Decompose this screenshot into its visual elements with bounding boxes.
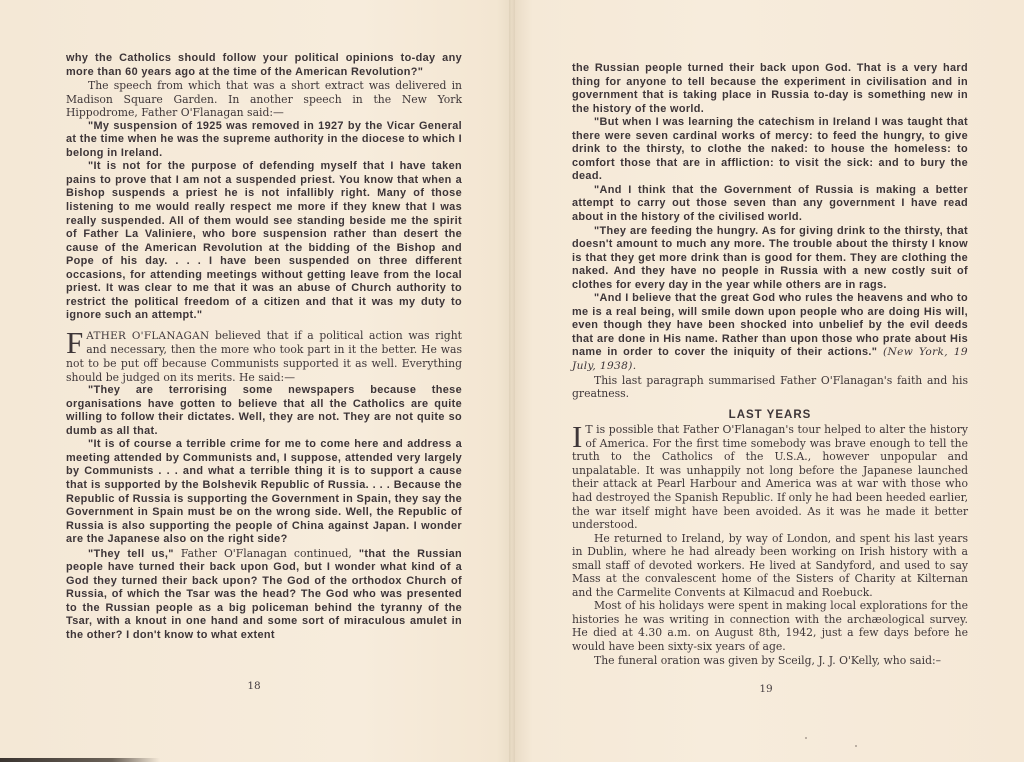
book-spread: why the Catholics should follow your pol… <box>0 0 1024 762</box>
book-gutter <box>509 0 515 762</box>
page-edge-shadow <box>0 758 160 762</box>
paper-speck <box>855 745 857 747</box>
paragraph: The speech from which that was a short e… <box>66 79 462 120</box>
paragraph: "It is of course a terrible crime for me… <box>66 438 462 546</box>
section-heading: LAST YEARS <box>572 409 968 423</box>
right-page-text: the Russian people turned their back upo… <box>572 62 968 667</box>
dropcap-paragraph: FATHER O'FLANAGAN believed that if a pol… <box>66 329 462 384</box>
paragraph: why the Catholics should follow your pol… <box>66 52 462 79</box>
paragraph: Most of his holidays were spent in makin… <box>572 599 968 653</box>
attribution: Father O'Flanagan continued, <box>174 547 359 560</box>
paragraph: The funeral oration was given by Sceilg,… <box>572 654 968 668</box>
left-page-text: why the Catholics should follow your pol… <box>66 52 462 643</box>
page-number: 19 <box>746 683 786 695</box>
paragraph: "And I think that the Government of Russ… <box>572 184 968 225</box>
left-page: why the Catholics should follow your pol… <box>0 0 512 762</box>
paragraph: the Russian people turned their back upo… <box>572 62 968 116</box>
paragraph: "But when I was learning the catechism i… <box>572 116 968 184</box>
paragraph-text: T is possible that Father O'Flanagan's t… <box>572 423 968 531</box>
dropcap-letter: I <box>572 425 582 449</box>
paragraph: This last paragraph summarised Father O'… <box>572 374 968 401</box>
dropcap-paragraph: IT is possible that Father O'Flanagan's … <box>572 423 968 531</box>
paragraph: He returned to Ireland, by way of London… <box>572 532 968 600</box>
paper-speck <box>805 737 807 739</box>
paragraph: "They tell us," Father O'Flanagan contin… <box>66 547 462 643</box>
paragraph: "It is not for the purpose of defending … <box>66 160 462 323</box>
smallcaps-lead: ATHER O'FLANAGAN <box>86 330 209 342</box>
dropcap-letter: F <box>66 331 83 355</box>
paragraph: "They are terrorising some newspapers be… <box>66 384 462 438</box>
paragraph: "And I believe that the great God who ru… <box>572 292 968 373</box>
quote-open: "They tell us," <box>88 548 174 560</box>
paragraph: "They are feeding the hungry. As for giv… <box>572 225 968 293</box>
quote-rest: "that the Russian people have turned the… <box>66 548 462 641</box>
right-page: the Russian people turned their back upo… <box>512 0 1024 762</box>
page-number: 18 <box>234 680 274 692</box>
paragraph: "My suspension of 1925 was removed in 19… <box>66 120 462 161</box>
